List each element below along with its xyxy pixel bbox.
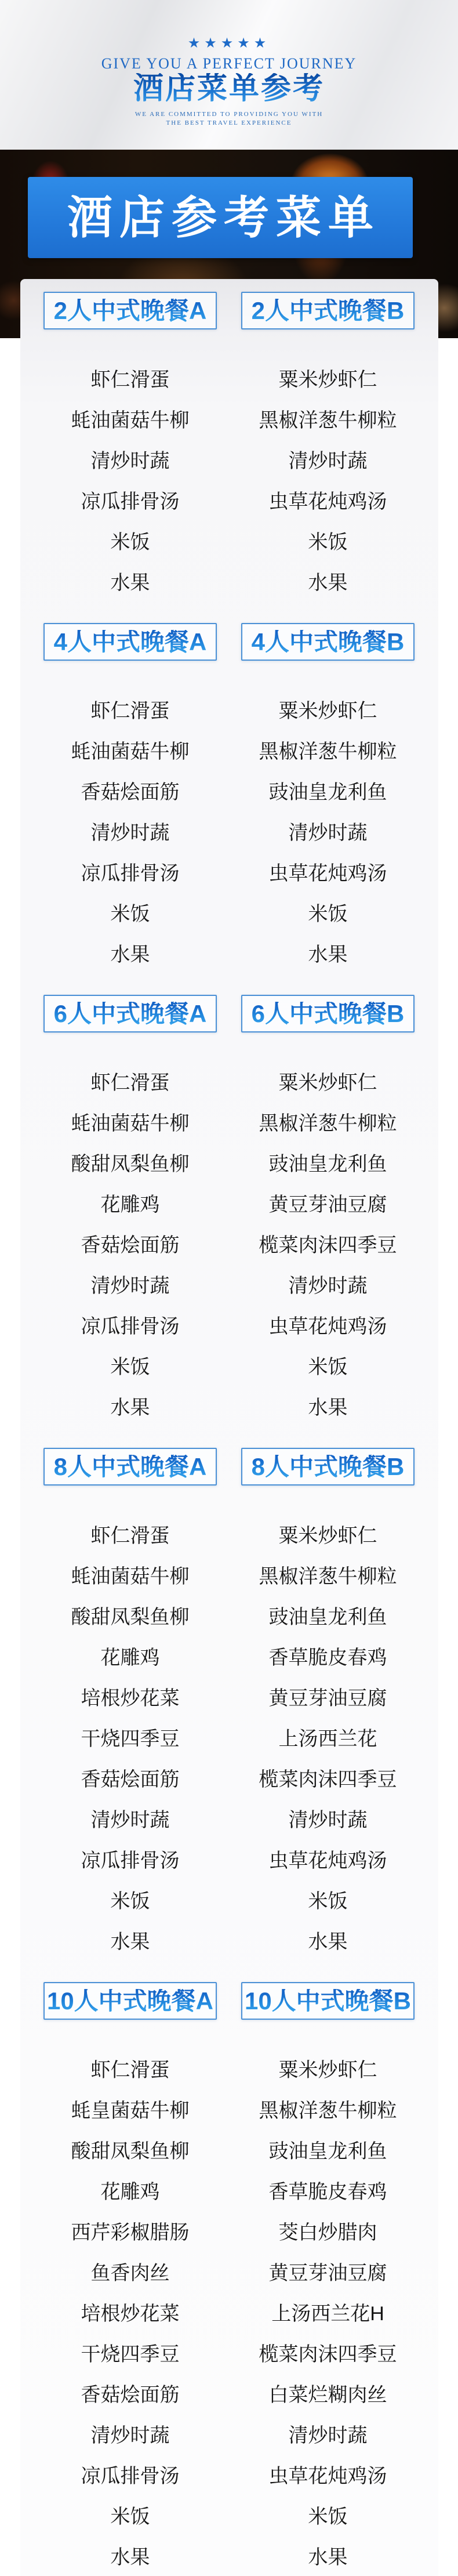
menu-item-list: 虾仁滑蛋蚝油菌菇牛柳酸甜凤梨鱼柳花雕鸡培根炒花菜干烧四季豆香菇烩面筋清炒时蔬凉瓜… [43, 1516, 217, 1962]
menu-item: 花雕鸡 [43, 2172, 217, 2212]
menu-item: 水果 [43, 1922, 217, 1962]
menu-item: 米饭 [241, 1881, 415, 1922]
menu-item: 黑椒洋葱牛柳粒 [241, 1556, 415, 1597]
menu-item: 虫草花炖鸡汤 [241, 2456, 415, 2497]
menu-column-2-person-b: 2人中式晚餐B粟米炒虾仁黑椒洋葱牛柳粒清炒时蔬虫草花炖鸡汤米饭水果 [241, 292, 415, 603]
menu-item: 水果 [241, 1387, 415, 1428]
menu-item: 香菇烩面筋 [43, 772, 217, 813]
menu-card: 2人中式晚餐A虾仁滑蛋蚝油菌菇牛柳清炒时蔬凉瓜排骨汤米饭水果2人中式晚餐B粟米炒… [20, 279, 438, 2576]
menu-item: 黑椒洋葱牛柳粒 [241, 1103, 415, 1144]
menu-item: 上汤西兰花 [241, 1719, 415, 1759]
menu-item: 水果 [43, 2537, 217, 2576]
menu-header-label: 8人中式晚餐A [54, 1455, 207, 1479]
menu-item: 黄豆芽油豆腐 [241, 1678, 415, 1719]
page-title: 酒店菜单参考 [133, 73, 325, 104]
menu-item: 米饭 [241, 522, 415, 563]
menu-item-list: 虾仁滑蛋蚝油菌菇牛柳酸甜凤梨鱼柳花雕鸡香菇烩面筋清炒时蔬凉瓜排骨汤米饭水果 [43, 1063, 217, 1428]
menu-item: 培根炒花菜 [43, 1678, 217, 1719]
menu-item: 豉油皇龙利鱼 [241, 2131, 415, 2172]
menu-item: 粟米炒虾仁 [241, 1063, 415, 1103]
menu-header-box: 10人中式晚餐A [43, 1982, 217, 2020]
menu-section-2-person: 2人中式晚餐A虾仁滑蛋蚝油菌菇牛柳清炒时蔬凉瓜排骨汤米饭水果2人中式晚餐B粟米炒… [20, 292, 438, 603]
menu-item: 西芹彩椒腊肠 [43, 2212, 217, 2253]
menu-item: 米饭 [43, 1347, 217, 1387]
menu-item: 米饭 [43, 894, 217, 934]
menu-item: 黑椒洋葱牛柳粒 [241, 731, 415, 772]
menu-item: 水果 [43, 563, 217, 603]
menu-item: 粟米炒虾仁 [241, 360, 415, 400]
menu-item: 酸甜凤梨鱼柳 [43, 1597, 217, 1637]
menu-header-box: 10人中式晚餐B [241, 1982, 415, 2020]
menu-column-6-person-a: 6人中式晚餐A虾仁滑蛋蚝油菌菇牛柳酸甜凤梨鱼柳花雕鸡香菇烩面筋清炒时蔬凉瓜排骨汤… [43, 995, 217, 1428]
menu-item: 香菇烩面筋 [43, 1759, 217, 1800]
menu-item: 清炒时蔬 [241, 1266, 415, 1306]
menu-column-4-person-b: 4人中式晚餐B粟米炒虾仁黑椒洋葱牛柳粒豉油皇龙利鱼清炒时蔬虫草花炖鸡汤米饭水果 [241, 623, 415, 975]
menu-header-box: 2人中式晚餐A [43, 292, 217, 329]
menu-item: 粟米炒虾仁 [241, 691, 415, 731]
menu-item: 水果 [241, 563, 415, 603]
menu-header-box: 8人中式晚餐A [43, 1448, 217, 1486]
menu-header-label: 8人中式晚餐B [252, 1455, 405, 1479]
menu-item: 虾仁滑蛋 [43, 1516, 217, 1556]
five-stars-icon: ★★★★★ [188, 36, 271, 51]
menu-section-8-person: 8人中式晚餐A虾仁滑蛋蚝油菌菇牛柳酸甜凤梨鱼柳花雕鸡培根炒花菜干烧四季豆香菇烩面… [20, 1448, 438, 1962]
menu-item: 虾仁滑蛋 [43, 691, 217, 731]
menu-item: 虫草花炖鸡汤 [241, 1840, 415, 1881]
menu-header-label: 4人中式晚餐A [54, 630, 207, 654]
menu-item: 粟米炒虾仁 [241, 2050, 415, 2090]
menu-column-10-person-b: 10人中式晚餐B粟米炒虾仁黑椒洋葱牛柳粒豉油皇龙利鱼香草脆皮春鸡茭白炒腊肉黄豆芽… [241, 1982, 415, 2576]
menu-header-label: 10人中式晚餐A [47, 1989, 213, 2013]
menu-header-box: 6人中式晚餐A [43, 995, 217, 1032]
menu-sections: 2人中式晚餐A虾仁滑蛋蚝油菌菇牛柳清炒时蔬凉瓜排骨汤米饭水果2人中式晚餐B粟米炒… [20, 292, 438, 2576]
menu-item: 香草脆皮春鸡 [241, 1637, 415, 1678]
menu-item: 酸甜凤梨鱼柳 [43, 1144, 217, 1184]
menu-item: 米饭 [241, 2497, 415, 2537]
menu-item: 蚝油菌菇牛柳 [43, 731, 217, 772]
page-header: ★★★★★ GIVE YOU A PERFECT JOURNEY 酒店菜单参考 … [0, 0, 458, 150]
menu-item: 米饭 [43, 1881, 217, 1922]
menu-item-list: 虾仁滑蛋蚝油菌菇牛柳香菇烩面筋清炒时蔬凉瓜排骨汤米饭水果 [43, 691, 217, 975]
header-tagline: GIVE YOU A PERFECT JOURNEY [101, 56, 357, 72]
menu-item: 鱼香肉丝 [43, 2253, 217, 2294]
menu-header-box: 6人中式晚餐B [241, 995, 415, 1032]
menu-item-list: 粟米炒虾仁黑椒洋葱牛柳粒豉油皇龙利鱼香草脆皮春鸡黄豆芽油豆腐上汤西兰花榄菜肉沫四… [241, 1516, 415, 1962]
menu-item: 黄豆芽油豆腐 [241, 2253, 415, 2294]
menu-item: 虾仁滑蛋 [43, 2050, 217, 2090]
menu-header-label: 6人中式晚餐A [54, 1002, 207, 1026]
menu-item: 豉油皇龙利鱼 [241, 772, 415, 813]
menu-item: 豉油皇龙利鱼 [241, 1597, 415, 1637]
menu-item: 清炒时蔬 [43, 2415, 217, 2456]
menu-item-list: 虾仁滑蛋蚝油菌菇牛柳清炒时蔬凉瓜排骨汤米饭水果 [43, 360, 217, 603]
menu-header-label: 6人中式晚餐B [252, 1002, 405, 1026]
menu-item: 花雕鸡 [43, 1184, 217, 1225]
menu-header-label: 4人中式晚餐B [252, 630, 405, 654]
menu-header-box: 8人中式晚餐B [241, 1448, 415, 1486]
menu-item: 黄豆芽油豆腐 [241, 1184, 415, 1225]
menu-header-label: 10人中式晚餐B [245, 1989, 411, 2013]
menu-item-list: 粟米炒虾仁黑椒洋葱牛柳粒豉油皇龙利鱼香草脆皮春鸡茭白炒腊肉黄豆芽油豆腐上汤西兰花… [241, 2050, 415, 2576]
menu-item: 上汤西兰花H [241, 2294, 415, 2334]
menu-item-list: 粟米炒虾仁黑椒洋葱牛柳粒豉油皇龙利鱼清炒时蔬虫草花炖鸡汤米饭水果 [241, 691, 415, 975]
menu-banner: 酒店参考菜单 [28, 177, 413, 258]
menu-item: 榄菜肉沫四季豆 [241, 1759, 415, 1800]
menu-column-6-person-b: 6人中式晚餐B粟米炒虾仁黑椒洋葱牛柳粒豉油皇龙利鱼黄豆芽油豆腐榄菜肉沫四季豆清炒… [241, 995, 415, 1428]
menu-item: 酸甜凤梨鱼柳 [43, 2131, 217, 2172]
menu-header-box: 4人中式晚餐B [241, 623, 415, 661]
menu-header-label: 2人中式晚餐B [252, 299, 405, 323]
menu-header-box: 4人中式晚餐A [43, 623, 217, 661]
menu-item: 水果 [43, 1387, 217, 1428]
menu-item: 蚝油菌菇牛柳 [43, 1556, 217, 1597]
menu-item: 清炒时蔬 [241, 2415, 415, 2456]
menu-column-8-person-b: 8人中式晚餐B粟米炒虾仁黑椒洋葱牛柳粒豉油皇龙利鱼香草脆皮春鸡黄豆芽油豆腐上汤西… [241, 1448, 415, 1962]
menu-item: 凉瓜排骨汤 [43, 481, 217, 522]
menu-item: 蚝油菌菇牛柳 [43, 400, 217, 441]
hotel-menu-page: ★★★★★ GIVE YOU A PERFECT JOURNEY 酒店菜单参考 … [0, 0, 458, 2576]
menu-item: 米饭 [241, 1347, 415, 1387]
menu-item: 香菇烩面筋 [43, 1225, 217, 1266]
menu-item: 凉瓜排骨汤 [43, 1840, 217, 1881]
menu-item: 凉瓜排骨汤 [43, 2456, 217, 2497]
menu-item: 凉瓜排骨汤 [43, 853, 217, 894]
menu-item: 清炒时蔬 [241, 441, 415, 481]
menu-item: 白菜烂糊肉丝 [241, 2375, 415, 2415]
menu-item: 清炒时蔬 [43, 1266, 217, 1306]
menu-item: 干烧四季豆 [43, 1719, 217, 1759]
menu-item: 蚝油菌菇牛柳 [43, 1103, 217, 1144]
menu-item: 黑椒洋葱牛柳粒 [241, 2090, 415, 2131]
menu-item: 虫草花炖鸡汤 [241, 481, 415, 522]
menu-item: 虾仁滑蛋 [43, 360, 217, 400]
menu-item: 香菇烩面筋 [43, 2375, 217, 2415]
menu-item: 清炒时蔬 [43, 1800, 217, 1840]
menu-item: 香草脆皮春鸡 [241, 2172, 415, 2212]
menu-item: 水果 [241, 934, 415, 975]
menu-item: 米饭 [241, 894, 415, 934]
menu-item: 水果 [43, 934, 217, 975]
menu-item: 榄菜肉沫四季豆 [241, 1225, 415, 1266]
menu-item: 凉瓜排骨汤 [43, 1306, 217, 1347]
menu-column-4-person-a: 4人中式晚餐A虾仁滑蛋蚝油菌菇牛柳香菇烩面筋清炒时蔬凉瓜排骨汤米饭水果 [43, 623, 217, 975]
menu-item-list: 粟米炒虾仁黑椒洋葱牛柳粒清炒时蔬虫草花炖鸡汤米饭水果 [241, 360, 415, 603]
menu-item: 榄菜肉沫四季豆 [241, 2334, 415, 2375]
menu-section-4-person: 4人中式晚餐A虾仁滑蛋蚝油菌菇牛柳香菇烩面筋清炒时蔬凉瓜排骨汤米饭水果4人中式晚… [20, 623, 438, 975]
header-subtitle-line1: WE ARE COMMITTED TO PROVIDING YOU WITH [135, 110, 323, 119]
menu-item: 花雕鸡 [43, 1637, 217, 1678]
menu-item: 水果 [241, 2537, 415, 2576]
menu-column-8-person-a: 8人中式晚餐A虾仁滑蛋蚝油菌菇牛柳酸甜凤梨鱼柳花雕鸡培根炒花菜干烧四季豆香菇烩面… [43, 1448, 217, 1962]
menu-item: 水果 [241, 1922, 415, 1962]
menu-section-6-person: 6人中式晚餐A虾仁滑蛋蚝油菌菇牛柳酸甜凤梨鱼柳花雕鸡香菇烩面筋清炒时蔬凉瓜排骨汤… [20, 995, 438, 1428]
menu-item: 茭白炒腊肉 [241, 2212, 415, 2253]
menu-item: 培根炒花菜 [43, 2294, 217, 2334]
menu-item: 虫草花炖鸡汤 [241, 1306, 415, 1347]
menu-item: 粟米炒虾仁 [241, 1516, 415, 1556]
menu-header-label: 2人中式晚餐A [54, 299, 207, 323]
menu-section-10-person: 10人中式晚餐A虾仁滑蛋蚝皇菌菇牛柳酸甜凤梨鱼柳花雕鸡西芹彩椒腊肠鱼香肉丝培根炒… [20, 1982, 438, 2576]
menu-item: 豉油皇龙利鱼 [241, 1144, 415, 1184]
menu-item: 虫草花炖鸡汤 [241, 853, 415, 894]
menu-item: 黑椒洋葱牛柳粒 [241, 400, 415, 441]
menu-item: 米饭 [43, 2497, 217, 2537]
menu-column-10-person-a: 10人中式晚餐A虾仁滑蛋蚝皇菌菇牛柳酸甜凤梨鱼柳花雕鸡西芹彩椒腊肠鱼香肉丝培根炒… [43, 1982, 217, 2576]
menu-item: 清炒时蔬 [43, 813, 217, 853]
menu-item: 蚝皇菌菇牛柳 [43, 2090, 217, 2131]
menu-item-list: 虾仁滑蛋蚝皇菌菇牛柳酸甜凤梨鱼柳花雕鸡西芹彩椒腊肠鱼香肉丝培根炒花菜干烧四季豆香… [43, 2050, 217, 2576]
menu-column-2-person-a: 2人中式晚餐A虾仁滑蛋蚝油菌菇牛柳清炒时蔬凉瓜排骨汤米饭水果 [43, 292, 217, 603]
menu-item: 米饭 [43, 522, 217, 563]
menu-header-box: 2人中式晚餐B [241, 292, 415, 329]
menu-item: 清炒时蔬 [43, 441, 217, 481]
menu-item: 清炒时蔬 [241, 813, 415, 853]
menu-item-list: 粟米炒虾仁黑椒洋葱牛柳粒豉油皇龙利鱼黄豆芽油豆腐榄菜肉沫四季豆清炒时蔬虫草花炖鸡… [241, 1063, 415, 1428]
header-subtitle-line2: THE BEST TRAVEL EXPERIENCE [166, 119, 292, 128]
banner-title: 酒店参考菜单 [60, 195, 380, 240]
menu-item: 干烧四季豆 [43, 2334, 217, 2375]
menu-item: 虾仁滑蛋 [43, 1063, 217, 1103]
menu-item: 清炒时蔬 [241, 1800, 415, 1840]
